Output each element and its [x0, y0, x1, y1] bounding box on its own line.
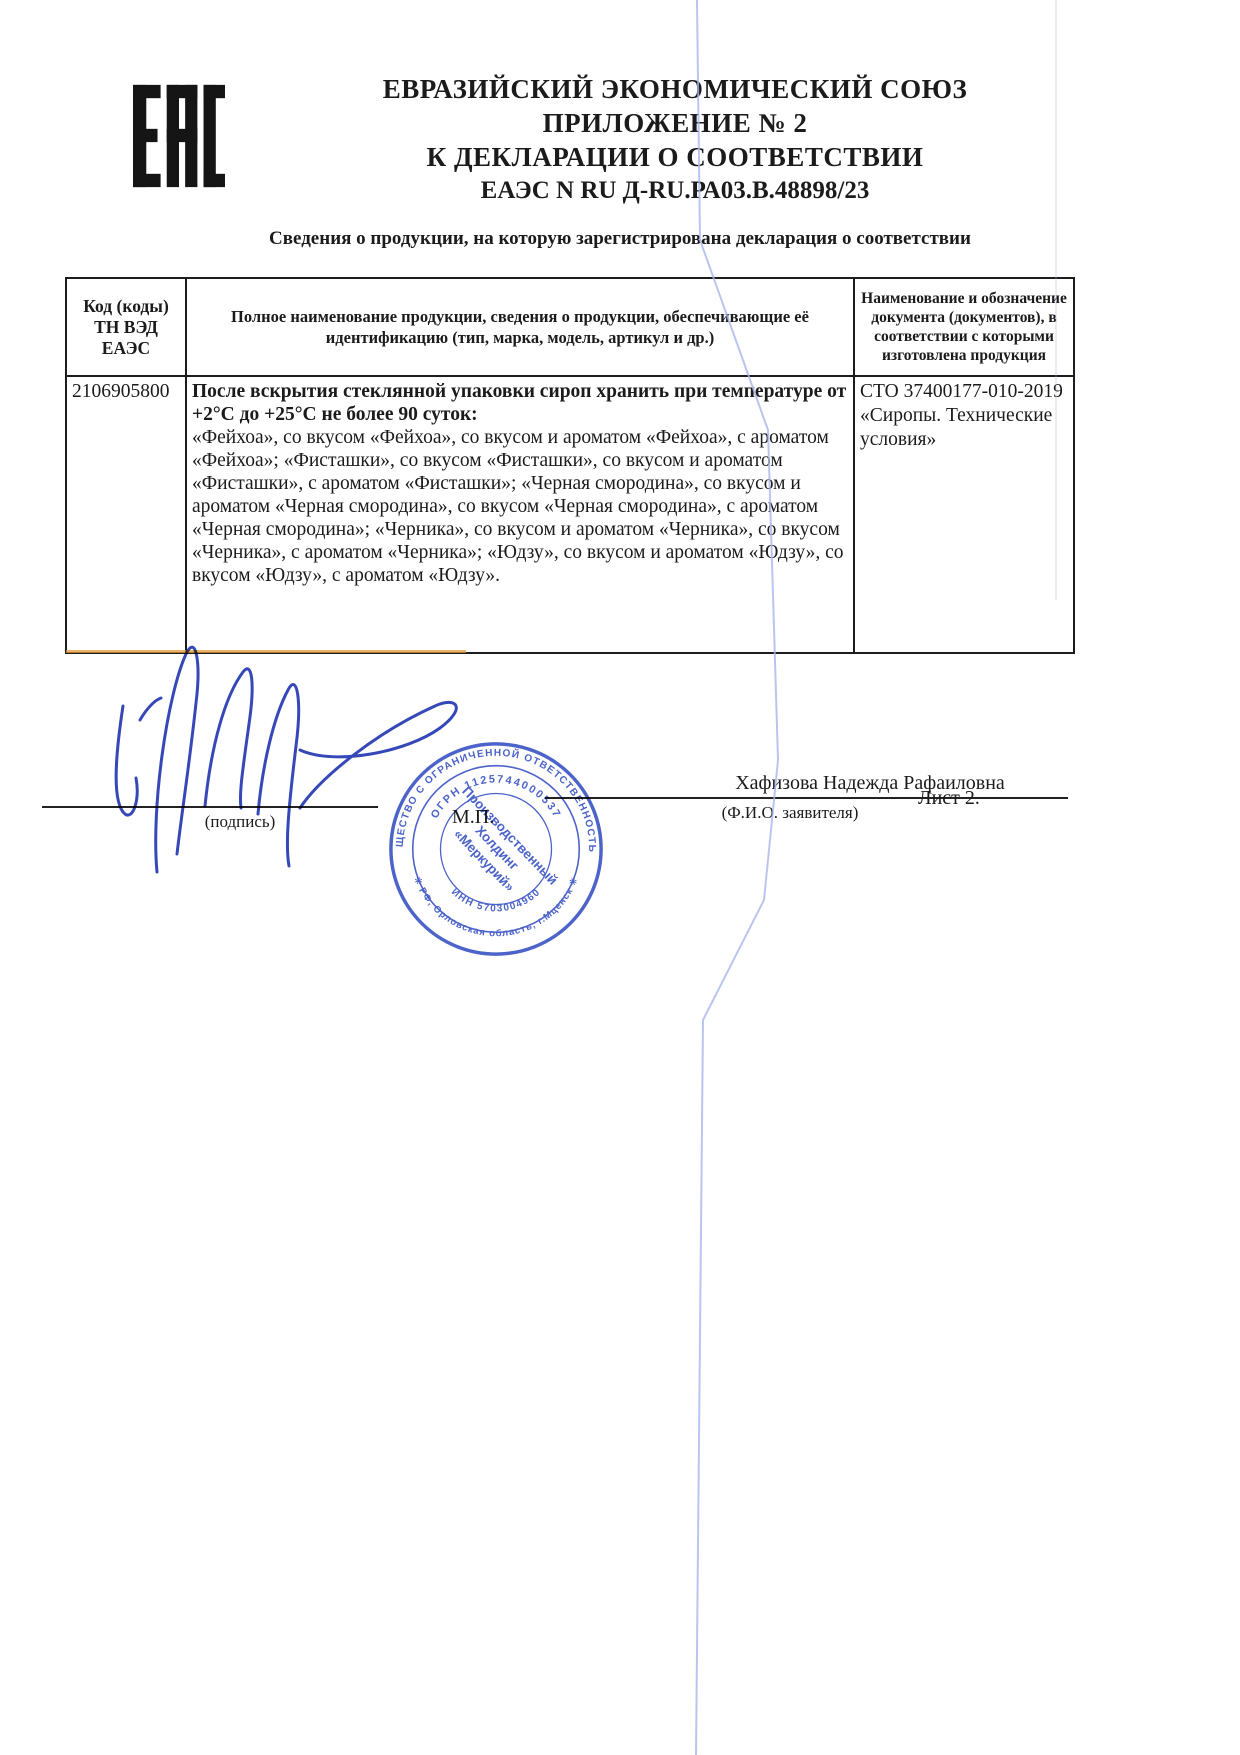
declaration-title: К ДЕКЛАРАЦИИ О СООТВЕТСТВИИ: [250, 140, 1100, 174]
company-stamp: ОБЩЕСТВО С ОГРАНИЧЕННОЙ ОТВЕТСТВЕННОСТЬЮ…: [382, 735, 610, 963]
storage-conditions-text: После вскрытия стеклянной упаковки сироп…: [192, 380, 848, 426]
declaration-number: ЕАЭС N RU Д-RU.РА03.В.48898/23: [250, 174, 1100, 207]
table-row: 2106905800 После вскрытия стеклянной упа…: [67, 377, 1073, 652]
product-table: Код (коды) ТН ВЭД ЕАЭС Полное наименован…: [65, 277, 1075, 654]
cell-product-description: После вскрытия стеклянной упаковки сироп…: [187, 377, 855, 652]
eac-letters: [133, 85, 225, 187]
union-title: ЕВРАЗИЙСКИЙ ЭКОНОМИЧЕСКИЙ СОЮЗ: [250, 72, 1100, 106]
declaration-appendix-page: { "page": { "sheet_label": "Лист 2." }, …: [0, 0, 1240, 1755]
appendix-title: ПРИЛОЖЕНИЕ № 2: [250, 106, 1100, 140]
table-caption: Сведения о продукции, на которую зарегис…: [60, 228, 1180, 250]
fold-line-main: [696, 0, 778, 1755]
header-product-column: Полное наименование продукции, сведения …: [187, 279, 855, 375]
applicant-name: Хафизова Надежда Рафаиловна: [640, 772, 1100, 795]
cell-tnved-code: 2106905800: [67, 377, 187, 652]
sheet-number: Лист 2.: [918, 787, 980, 810]
applicant-name-caption: (Ф.И.О. заявителя): [665, 803, 915, 823]
eac-mark-logo: [133, 84, 225, 188]
cell-standard-document: СТО 37400177-010-2019 «Сиропы. Техническ…: [855, 377, 1073, 652]
header-code-column: Код (коды) ТН ВЭД ЕАЭС: [67, 279, 187, 375]
document-header: ЕВРАЗИЙСКИЙ ЭКОНОМИЧЕСКИЙ СОЮЗ ПРИЛОЖЕНИ…: [250, 72, 1100, 207]
stamp-inn-text: ИНН 5703004960: [449, 887, 543, 915]
header-document-column: Наименование и обозначение документа (до…: [855, 279, 1073, 375]
applicant-name-line: [545, 797, 1068, 799]
flavors-list-text: «Фейхоа», со вкусом «Фейхоа», со вкусом …: [192, 427, 844, 586]
table-header-row: Код (коды) ТН ВЭД ЕАЭС Полное наименован…: [67, 279, 1073, 377]
